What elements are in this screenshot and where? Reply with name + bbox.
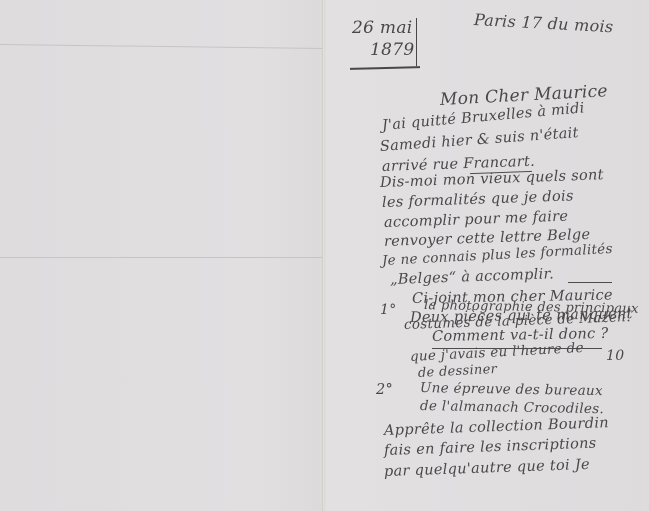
letter-line: Une épreuve des bureaux [420,380,603,399]
letter-scan: 26 mai 1879 Paris 17 du mois Mon Cher Ma… [0,0,649,511]
dash-after-accomplir [568,282,612,283]
left-page-blank [0,0,323,511]
archive-date-year: 1879 [370,40,414,60]
margin-mark-second: 2° [376,382,393,398]
fold-crease-middle [0,257,323,258]
margin-note: 10 [606,348,624,364]
margin-mark-first: 1° [380,302,397,318]
letter-line: de l'almanach Crocodiles. [420,398,604,417]
archive-date-day-month: 26 mai [352,18,413,38]
